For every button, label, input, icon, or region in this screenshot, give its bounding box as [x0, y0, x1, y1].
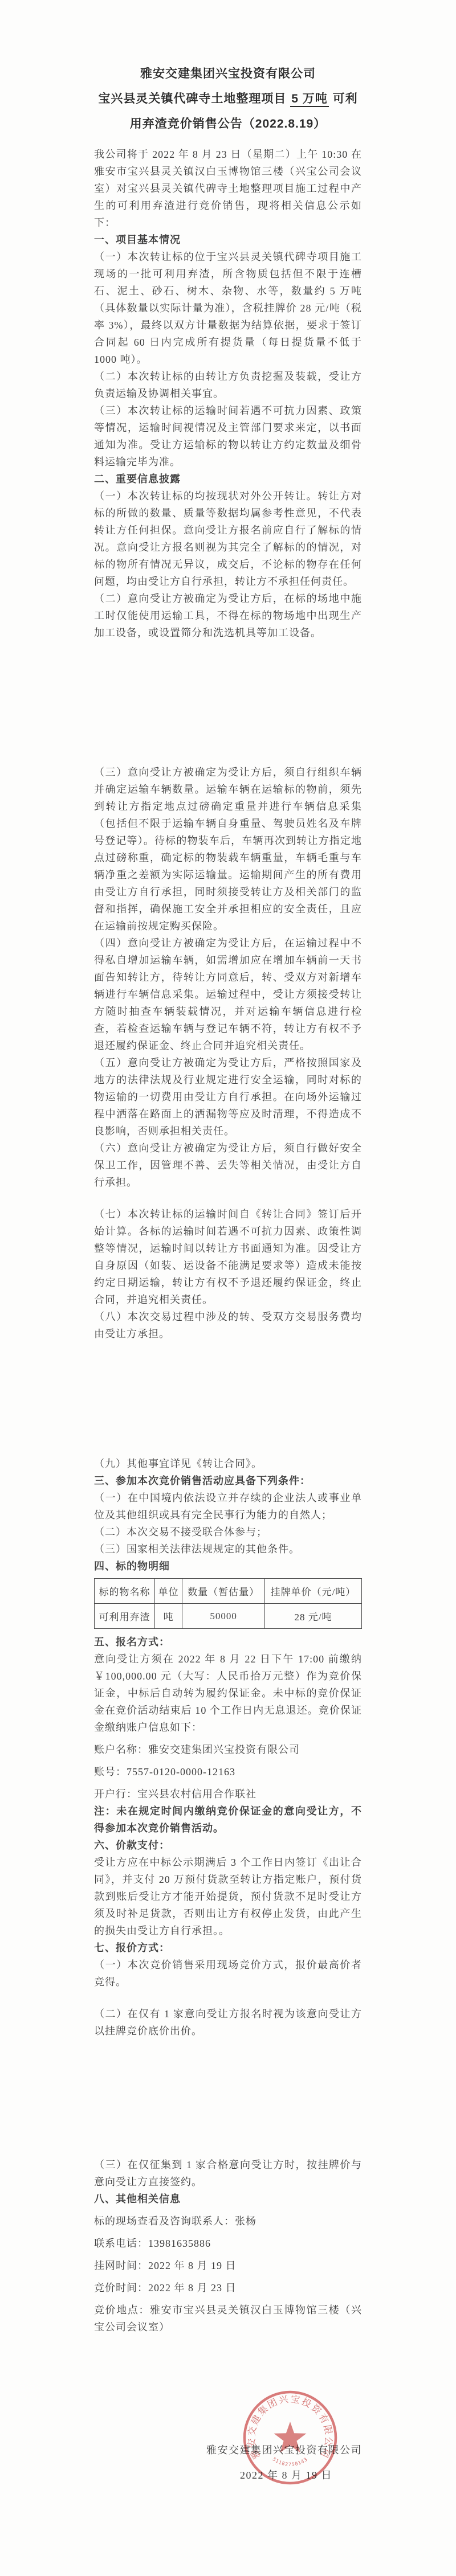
- paragraph: 意向受让方须在 2022 年 8 月 22 日下午 17:00 前缴纳￥100,…: [94, 1651, 362, 1736]
- table-row: 可利用弃渣 吨 50000 28 元/吨: [95, 1604, 362, 1629]
- table-cell-quantity: 50000: [182, 1604, 265, 1629]
- paragraph: （二）本次交易不接受联合体参与；: [94, 1524, 362, 1541]
- section2-heading: 二、重要信息披露: [94, 470, 362, 488]
- intro-paragraph: 我公司将于 2022 年 8 月 23 日（星期二）上午 10:30 在雅安市宝…: [94, 146, 362, 231]
- paragraph: （三）本次转让标的运输时间若遇不可抗力因素、政策等情况，运输时间视情况及主管部门…: [94, 402, 362, 470]
- paragraph: 受让方应在中标公示期满后 3 个工作日内签订《出让合同》，并支付 20 万预付货…: [94, 1854, 362, 1939]
- company-seal-stamp: 雅安交建集团兴宝投资有限公司 5118275014388: [241, 2389, 339, 2487]
- table-header-unit-price: 挂牌单价（元/吨）: [264, 1579, 361, 1604]
- section4-heading: 四、标的物明细: [94, 1558, 362, 1575]
- paragraph: （七）本次转让标的运输时间自《转让合同》签订后开始计算。各标的运输时间若遇不可抗…: [94, 1206, 362, 1308]
- paragraph: （八）本次交易过程中涉及的转、受双方交易服务费均由受让方承担。: [94, 1308, 362, 1342]
- page-break-gap: [94, 1342, 362, 1455]
- table-header-unit: 单位: [155, 1579, 182, 1604]
- table-cell-unit: 吨: [155, 1604, 182, 1629]
- page-title: 雅安交建集团兴宝投资有限公司 宝兴县灵关镇代碑寺土地整理项目 5 万吨 可利 用…: [77, 62, 379, 137]
- lot-detail-table: 标的物名称 单位 数量（暂估量） 挂牌单价（元/吨） 可利用弃渣 吨 50000…: [94, 1578, 362, 1629]
- paragraph: （三）在仅征集到 1 家合格意向受让方时，按挂牌价与意向受让方直接签约。: [94, 2156, 362, 2190]
- paragraph: （一）在中国境内依法设立并存续的企业法人或事业单位及其他组织或具有完全民事行为能…: [94, 1489, 362, 1524]
- title-line1: 雅安交建集团兴宝投资有限公司: [140, 67, 316, 80]
- signature-block: 雅安交建集团兴宝投资有限公司 2022 年 8 月 19 日 雅安交建集团兴宝投…: [94, 2418, 362, 2492]
- paragraph: （三）意向受让方被确定为受让方后，须自行组织车辆并确定运输车辆数量。运输车辆在运…: [94, 764, 362, 935]
- paragraph: （六）意向受让方被确定为受让方后，须自行做好安全保卫工作，因管理不善、丢失等相关…: [94, 1140, 362, 1191]
- table-header-row: 标的物名称 单位 数量（暂估量） 挂牌单价（元/吨）: [95, 1579, 362, 1604]
- section8-heading: 八、其他相关信息: [94, 2190, 362, 2208]
- contact-person-line: 标的现场查看及咨询联系人：张杨: [94, 2213, 362, 2230]
- table-cell-lot-name: 可利用弃渣: [95, 1604, 155, 1629]
- paragraph: （二）在仅有 1 家意向受让方报名时视为该意向受让方以挂牌竞价底价出价。: [94, 2005, 362, 2039]
- paragraph: （二）本次转让标的由转让方负责挖掘及装载，受让方负责运输及协调相关事宜。: [94, 368, 362, 402]
- account-number-line: 账号：7557-0120-0000-12163: [94, 1763, 362, 1780]
- section1-heading: 一、项目基本情况: [94, 231, 362, 248]
- contact-phone-line: 联系电话：13981635886: [94, 2235, 362, 2252]
- paragraph: （一）本次竞价销售采用现场竞价方式，报价最高价者竞得。: [94, 1956, 362, 1991]
- section3-heading: 三、参加本次竞价销售活动应具备下列条件：: [94, 1472, 362, 1489]
- bank-line: 开户行：宝兴县农村信用合作联社: [94, 1785, 362, 1803]
- paragraph: （一）本次转让标的均按现状对外公开转让。转让方对标的所做的数量、质量等数据均属参…: [94, 488, 362, 590]
- title-underlined-quantity: 5 万吨: [290, 92, 329, 107]
- table-cell-unit-price: 28 元/吨: [264, 1604, 361, 1629]
- bidding-date-line: 竞价时间：2022 年 8 月 23 日: [94, 2279, 362, 2296]
- paragraph: （五）意向受让方被确定为受让方后，严格按照国家及地方的法律法规及行业规定进行安全…: [94, 1054, 362, 1140]
- publish-date-line: 挂网时间：2022 年 8 月 19 日: [94, 2257, 362, 2274]
- table-header-quantity: 数量（暂估量）: [182, 1579, 265, 1604]
- section7-heading: 七、报价方式：: [94, 1939, 362, 1956]
- title-line3: 用弃渣竞价销售公告（2022.8.19）: [130, 117, 326, 130]
- section5-heading: 五、报名方式：: [94, 1633, 362, 1651]
- page-break-gap: [94, 2039, 362, 2156]
- section6-heading: 六、价款支付：: [94, 1837, 362, 1854]
- deposit-note: 注：未在规定时间内缴纳竞价保证金的意向受让方，不得参加本次竞价销售活动。: [94, 1803, 362, 1837]
- title-line2: 宝兴县灵关镇代碑寺土地整理项目 5 万吨 可利: [98, 92, 357, 107]
- paragraph: （二）意向受让方被确定为受让方后，在标的场地中施工时仅能使用运输工具，不得在标的…: [94, 590, 362, 641]
- bidding-place-line: 竞价地点：雅安市宝兴县灵关镇汉白玉博物馆三楼（兴宝公司会议室）: [94, 2301, 362, 2336]
- seal-star-icon: [274, 2422, 307, 2452]
- account-name-line: 账户名称：雅安交建集团兴宝投资有限公司: [94, 1741, 362, 1758]
- page-break-gap: [94, 641, 362, 764]
- table-header-lot-name: 标的物名称: [95, 1579, 155, 1604]
- paragraph: （九）其他事宜详见《转让合同》。: [94, 1455, 362, 1472]
- paragraph: （三）国家相关法律法规规定的其他条件。: [94, 1541, 362, 1558]
- scanned-announcement-document: 雅安交建集团兴宝投资有限公司 宝兴县灵关镇代碑寺土地整理项目 5 万吨 可利 用…: [0, 0, 456, 2576]
- paragraph: （一）本次转让标的位于宝兴县灵关镇代碑寺项目施工现场的一批可利用弃渣，所含物质包…: [94, 248, 362, 368]
- paragraph: （四）意向受让方被确定为受让方后，在运输过程中不得私自增加运输车辆，如需增加应在…: [94, 935, 362, 1054]
